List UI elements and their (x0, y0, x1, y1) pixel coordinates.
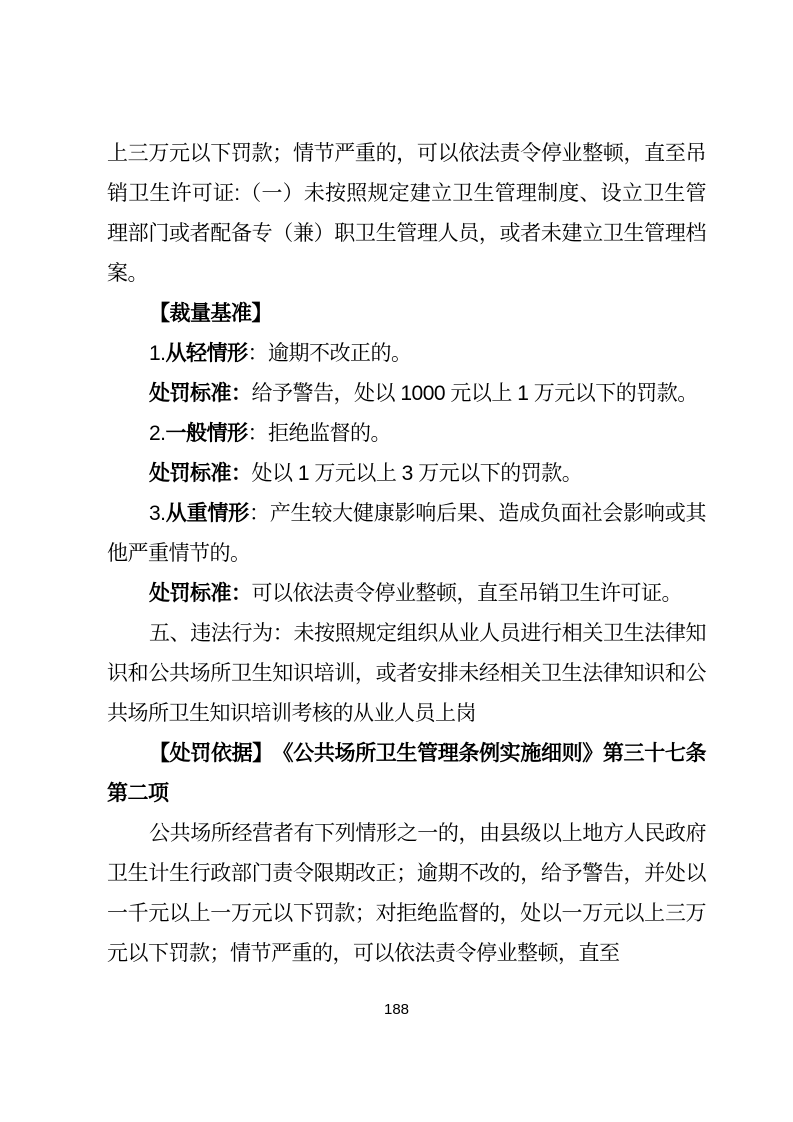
paragraph: 2.一般情形：拒绝监督的。 (107, 414, 706, 454)
page-number: 188 (0, 1000, 793, 1020)
bold-text-run: 处罚标准： (149, 462, 252, 485)
paragraph: 1.从轻情形：逾期不改正的。 (107, 334, 706, 374)
text-run: ：拒绝监督的。 (248, 422, 392, 445)
paragraph: 公共场所经营者有下列情形之一的，由县级以上地方人民政府卫生计生行政部门责令限期改… (107, 814, 706, 974)
text-run: 公共场所经营者有下列情形之一的，由县级以上地方人民政府卫生计生行政部门责令限期改… (107, 822, 706, 965)
document-content: 上三万元以下罚款；情节严重的，可以依法责令停业整顿，直至吊销卫生许可证:（一）未… (107, 134, 706, 974)
document-page: 上三万元以下罚款；情节严重的，可以依法责令停业整顿，直至吊销卫生许可证:（一）未… (0, 0, 793, 1122)
bold-text-run: 从轻情形 (166, 342, 248, 365)
text-run: 五、违法行为：未按照规定组织从业人员进行相关卫生法律知识和公共场所卫生知识培训，… (107, 622, 706, 725)
text-run: 1. (149, 342, 166, 365)
paragraph: 上三万元以下罚款；情节严重的，可以依法责令停业整顿，直至吊销卫生许可证:（一）未… (107, 134, 706, 294)
text-run: 上三万元以下罚款；情节严重的，可以依法责令停业整顿，直至吊销卫生许可证:（一）未… (107, 142, 706, 285)
paragraph: 【裁量基准】 (107, 294, 706, 334)
bold-text-run: 【处罚依据】 《公共场所卫生管理条例实施细则》第三十七条第二项 (107, 742, 706, 805)
paragraph: 【处罚依据】 《公共场所卫生管理条例实施细则》第三十七条第二项 (107, 734, 706, 814)
text-run: 3. (149, 502, 166, 525)
paragraph: 处罚标准：可以依法责令停业整顿，直至吊销卫生许可证。 (107, 574, 706, 614)
text-run: ：逾期不改正的。 (248, 342, 412, 365)
bold-text-run: 一般情形 (166, 422, 248, 445)
bold-text-run: 【裁量基准】 (149, 302, 272, 325)
bold-text-run: 从重情形 (166, 502, 249, 525)
text-run: 2. (149, 422, 166, 445)
text-run: 可以依法责令停业整顿，直至吊销卫生许可证。 (252, 582, 683, 605)
text-run: 处以 1 万元以上 3 万元以下的罚款。 (252, 462, 583, 485)
bold-text-run: 处罚标准： (149, 382, 252, 405)
paragraph: 五、违法行为：未按照规定组织从业人员进行相关卫生法律知识和公共场所卫生知识培训，… (107, 614, 706, 734)
paragraph: 处罚标准：处以 1 万元以上 3 万元以下的罚款。 (107, 454, 706, 494)
bold-text-run: 处罚标准： (149, 582, 252, 605)
paragraph: 3.从重情形：产生较大健康影响后果、造成负面社会影响或其他严重情节的。 (107, 494, 706, 574)
text-run: 给予警告，处以 1000 元以上 1 万元以下的罚款。 (252, 382, 698, 405)
paragraph: 处罚标准：给予警告，处以 1000 元以上 1 万元以下的罚款。 (107, 374, 706, 414)
